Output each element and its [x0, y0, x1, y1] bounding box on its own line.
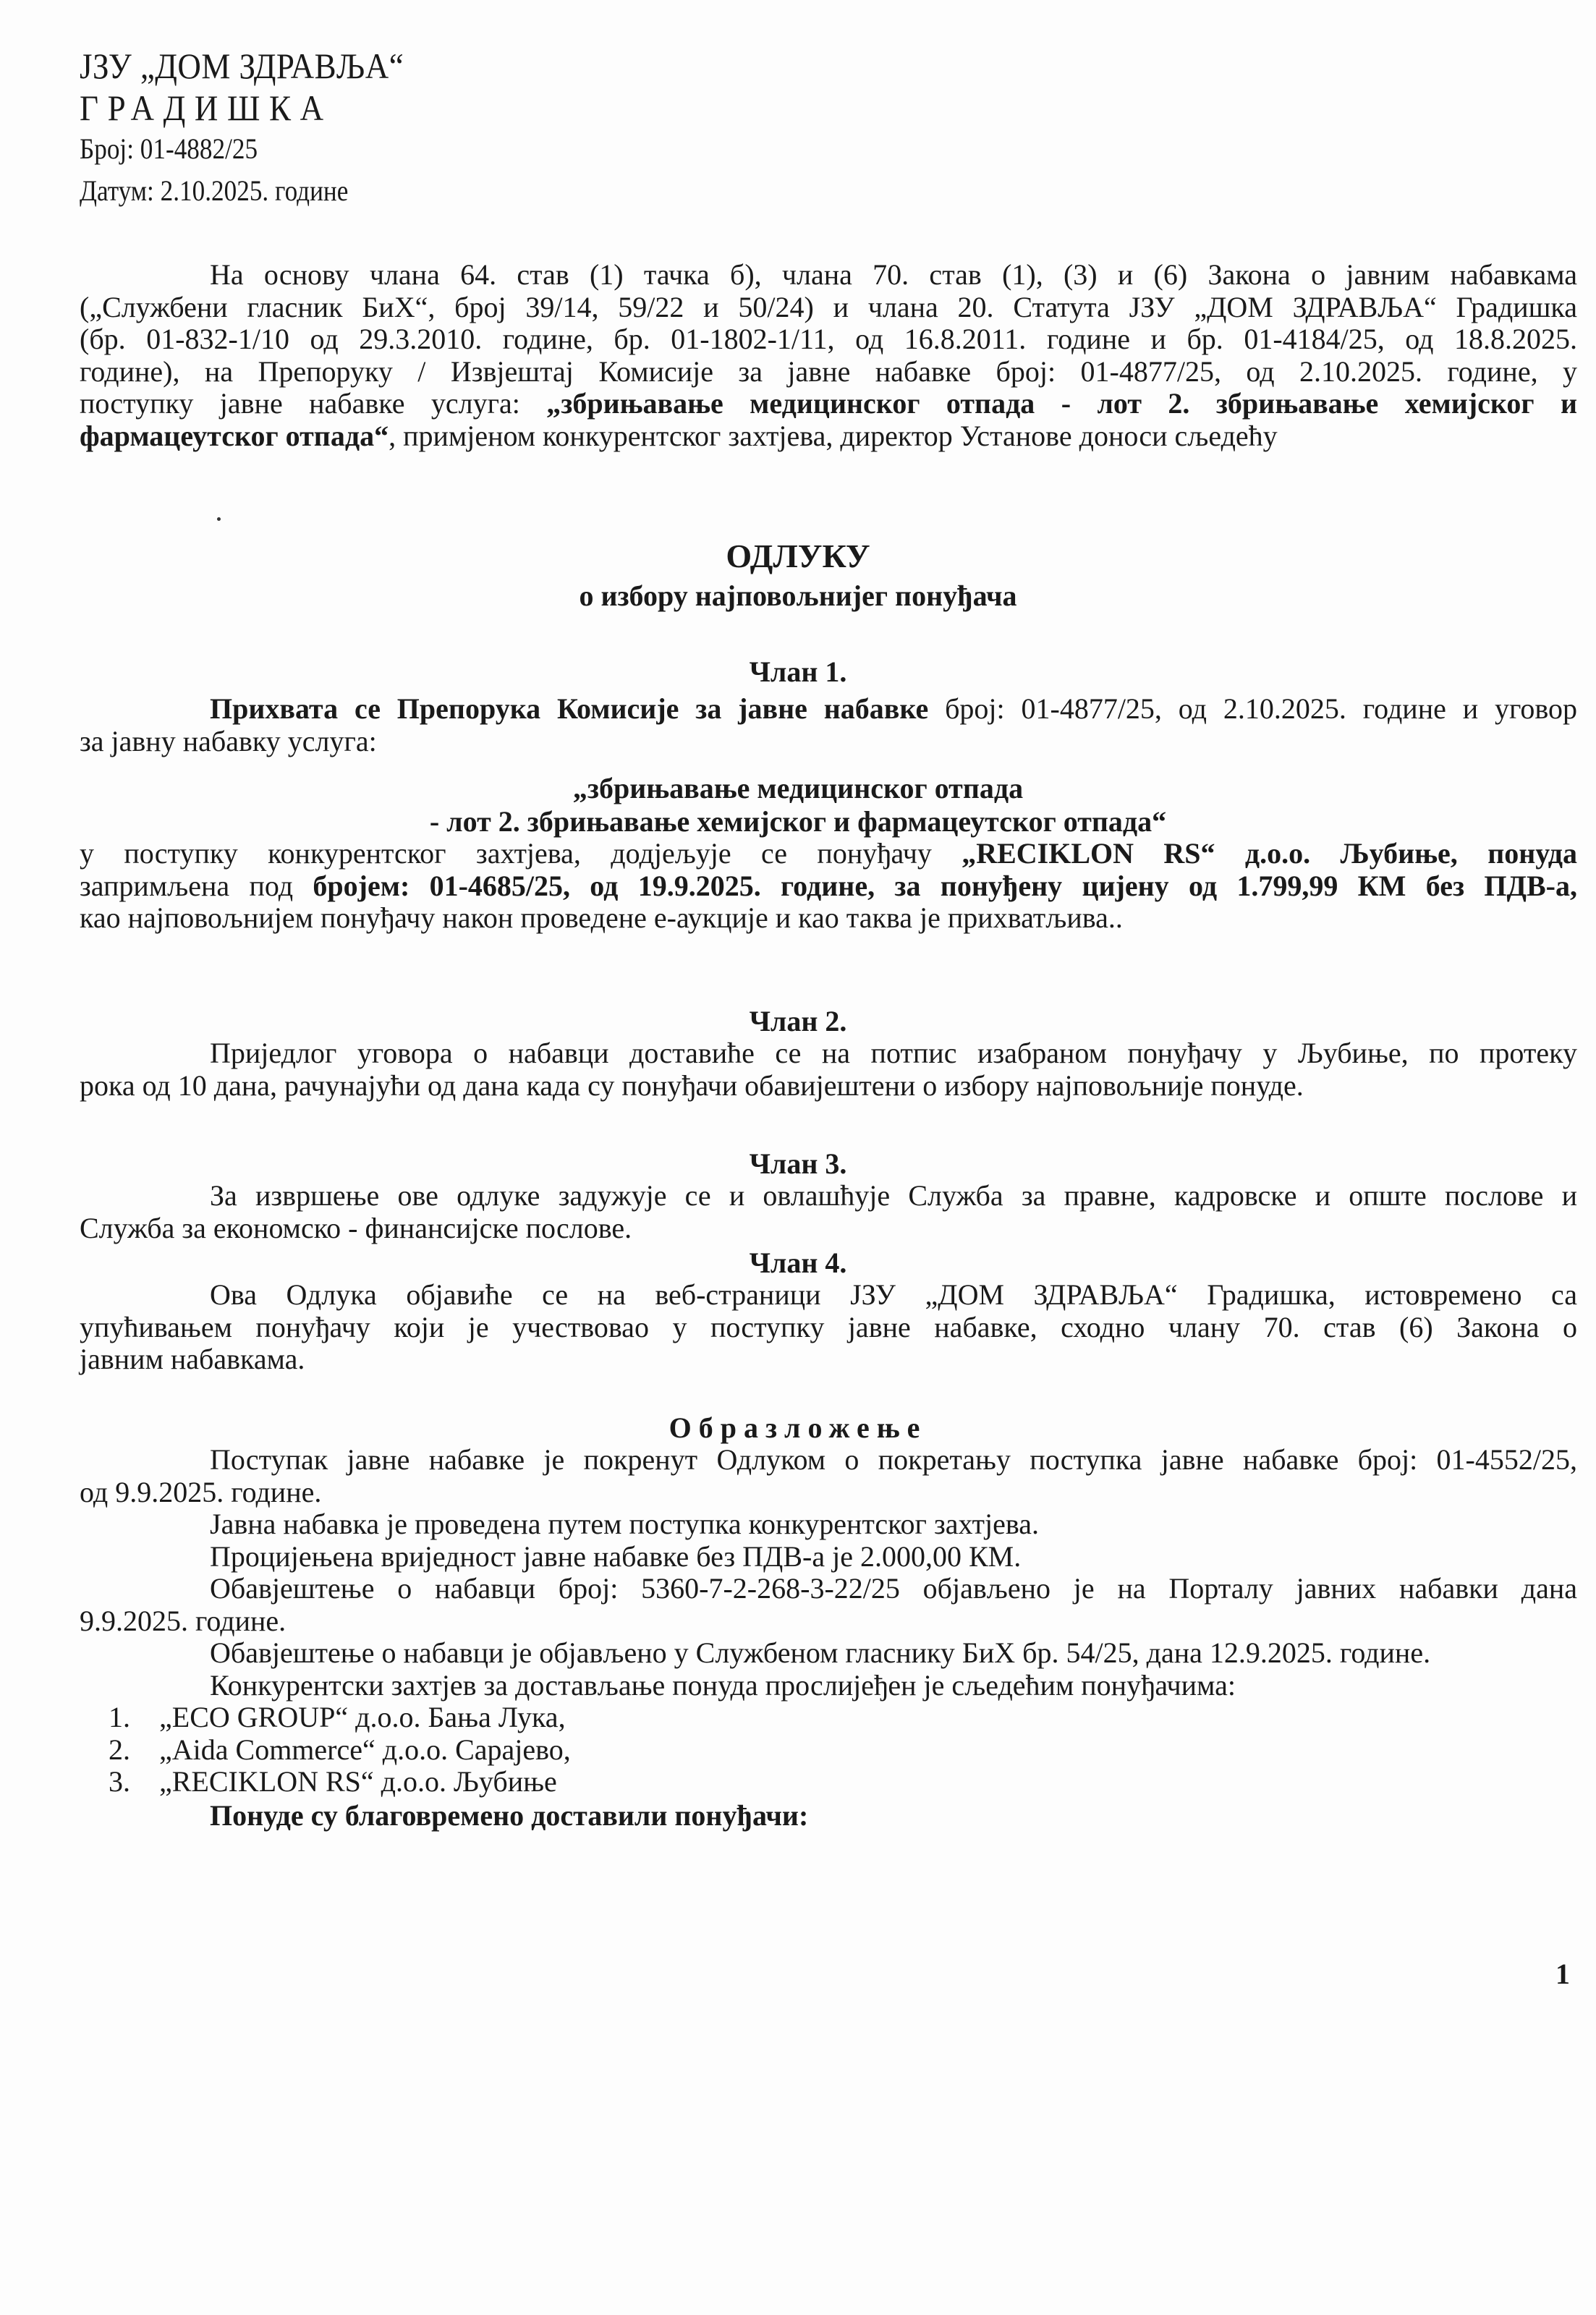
procurement-subject: „збрињавање медицинског отпада - лот 2. … [546, 387, 1577, 420]
article-2-line: рока од 10 дана, рачунајући од дана када… [80, 1070, 1577, 1103]
preamble-line: фармацеутског отпада“, примјеном конкуре… [80, 420, 1577, 453]
article-1-award: у поступку конкурентског захтјева, додје… [80, 838, 1577, 935]
article-1-bold-text: Прихвата се Препорука Комисије за јавне … [210, 692, 928, 725]
reasoning-line: Обавјештење о набавци број: 5360-7-2-268… [80, 1573, 1577, 1605]
preamble-text: , примјеном конкурентског захтјева, дире… [389, 420, 1278, 452]
article-2-line: Приједлог уговора о набавци доставиће се… [80, 1037, 1577, 1070]
reasoning-line: Конкурентски захтјев за достављање понуд… [80, 1670, 1577, 1702]
award-line: у поступку конкурентског захтјева, додје… [80, 838, 1577, 870]
reasoning-body: Поступак јавне набавке је покренут Одлук… [80, 1444, 1577, 1702]
bidder-list: 1.„ECO GROUP“ д.о.о. Бања Лука, 2.„Aida … [109, 1702, 571, 1798]
awarded-bidder: „RECIKLON RS“ д.о.о. Љубиње, понуда [962, 837, 1577, 870]
reasoning-line: Процијењена вриједност јавне набавке без… [80, 1541, 1577, 1573]
reasoning-line: Јавна набавка је проведена путем поступк… [80, 1508, 1577, 1541]
preamble-line: („Службени гласник БиХ“, број 39/14, 59/… [80, 292, 1577, 324]
article-1-body: Прихвата се Препорука Комисије за јавне … [80, 693, 1577, 757]
preamble-line: (бр. 01-832-1/10 од 29.3.2010. године, б… [80, 323, 1577, 356]
subject-line-1: „збрињавање медицинског отпада [0, 771, 1596, 805]
article-3-body: За извршење ове одлуке задужује се и овл… [80, 1180, 1577, 1244]
bidder-list-item: 2.„Aida Commerce“ д.о.о. Сарајево, [109, 1734, 571, 1767]
offers-received-label: Понуде су благовремено доставили понуђач… [210, 1798, 808, 1832]
award-text: запримљена под [80, 870, 313, 902]
reasoning-line: Поступак јавне набавке је покренут Одлук… [80, 1444, 1577, 1477]
award-line: као најповољнијем понуђачу након проведе… [80, 902, 1577, 935]
bidder-name: „RECIKLON RS“ д.о.о. Љубиње [159, 1765, 557, 1798]
article-1-heading: Члан 1. [0, 655, 1596, 689]
bidder-name: „Aida Commerce“ д.о.о. Сарајево, [159, 1733, 571, 1766]
procurement-subject: фармацеутског отпада“ [80, 420, 389, 452]
article-3-heading: Члан 3. [0, 1147, 1596, 1181]
subject-line-2: - лот 2. збрињавање хемијског и фармацеу… [0, 804, 1596, 838]
article-2-body: Приједлог уговора о набавци доставиће се… [80, 1037, 1577, 1102]
article-4-line: јавним набавкама. [80, 1343, 1577, 1376]
award-text: у поступку конкурентског захтјева, додје… [80, 837, 962, 870]
article-1-line: Прихвата се Препорука Комисије за јавне … [80, 693, 1577, 726]
bidder-list-item: 1.„ECO GROUP“ д.о.о. Бања Лука, [109, 1702, 571, 1734]
award-line: запримљена под бројем: 01-4685/25, од 19… [80, 870, 1577, 903]
document-number: Број: 01-4882/25 [80, 132, 258, 166]
decision-title: ОДЛУКУ [0, 537, 1596, 575]
page-number: 1 [1555, 1957, 1570, 1991]
awarded-offer-details: бројем: 01-4685/25, од 19.9.2025. године… [313, 870, 1577, 902]
preamble-text: поступку јавне набавке услуга: [80, 387, 546, 420]
article-4-body: Ова Одлука објавиће се на веб-страници Ј… [80, 1279, 1577, 1376]
list-number: 2. [109, 1734, 159, 1767]
bidder-name: „ECO GROUP“ д.о.о. Бања Лука, [159, 1701, 566, 1733]
list-number: 1. [109, 1702, 159, 1734]
preamble-paragraph: На основу члана 64. став (1) тачка б), ч… [80, 259, 1577, 452]
reasoning-heading: Образложење [0, 1411, 1596, 1445]
article-1-line: за јавну набавку услуга: [80, 726, 1577, 758]
decision-subtitle: о избору најповољнијег понуђача [0, 579, 1596, 613]
preamble-line: поступку јавне набавке услуга: „збрињава… [80, 388, 1577, 420]
reasoning-line: Обавјештење о набавци је објављено у Слу… [80, 1637, 1577, 1670]
list-number: 3. [109, 1766, 159, 1798]
document-page: ЈЗУ „ДОМ ЗДРАВЉА“ ГРАДИШКА Број: 01-4882… [0, 0, 1596, 2315]
preamble-line: године), на Препоруку / Извјештај Комиси… [80, 356, 1577, 388]
preamble-line: На основу члана 64. став (1) тачка б), ч… [80, 259, 1577, 292]
reasoning-line: од 9.9.2025. године. [80, 1477, 1577, 1509]
article-4-line: упућивањем понуђачу који је учествовао у… [80, 1312, 1577, 1344]
bidder-list-item: 3.„RECIKLON RS“ д.о.о. Љубиње [109, 1766, 571, 1798]
article-3-line: За извршење ове одлуке задужује се и овл… [80, 1180, 1577, 1212]
article-3-line: Служба за економско - финансијске послов… [80, 1212, 1577, 1245]
institution-city: ГРАДИШКА [80, 87, 333, 129]
scan-speck [217, 517, 221, 521]
institution-name: ЈЗУ „ДОМ ЗДРАВЉА“ [80, 45, 404, 87]
document-date: Датум: 2.10.2025. године [80, 174, 348, 208]
reasoning-line: 9.9.2025. године. [80, 1605, 1577, 1638]
article-4-line: Ова Одлука објавиће се на веб-страници Ј… [80, 1279, 1577, 1312]
article-4-heading: Члан 4. [0, 1246, 1596, 1280]
article-2-heading: Члан 2. [0, 1004, 1596, 1038]
article-1-text: број: 01-4877/25, од 2.10.2025. године и… [928, 692, 1577, 725]
